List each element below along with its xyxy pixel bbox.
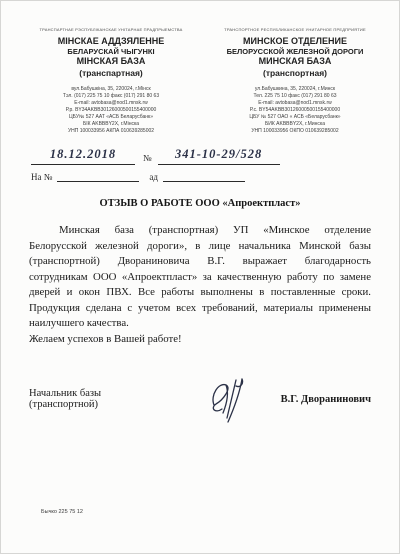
letterhead-right-details: ул.Бабушкина, 35, 220024, г.Минск Тел. 2…: [207, 86, 383, 135]
letterhead-right-tagline: ТРАНСПОРТНОЕ РЕСПУБЛИКАНСКОЕ УНИТАРНОЕ П…: [207, 27, 383, 32]
reference-line-date-number: 18.12.2018 № 341-10-29/528: [31, 145, 399, 165]
letterhead-left-org: МІНСКАЕ АДДЗЯЛЕННЕ БЕЛАРУСКАЙ ЧЫГУНКІ МІ…: [23, 36, 199, 79]
detail-line: E-mail: avtobasa@nod1.mnsk.rw: [207, 100, 383, 107]
detail-line: вул.Бабушкіна, 35, 220024, г.Мінск: [23, 86, 199, 93]
signatory-position: Начальник базы (транспортной): [29, 388, 145, 410]
reply-from-label: ад: [149, 172, 158, 182]
reference-line-reply: На № ад: [31, 171, 399, 182]
org-line: МІНСКАЯ БАЗА: [23, 56, 199, 67]
detail-line: ул.Бабушкина, 35, 220024, г.Минск: [207, 86, 383, 93]
number-field: 341-10-29/528: [158, 145, 280, 165]
document-page: ТРАНСПАРТНАЕ РЭСПУБЛІКАНСКАЕ УНІТАРНАЕ П…: [0, 0, 400, 554]
detail-line: Р.с. BY54AKBB30126000500155400000: [207, 107, 383, 114]
detail-line: Тел. 225 75 10 факс (017) 291 80 63: [207, 93, 383, 100]
org-line: МИНСКАЯ БАЗА: [207, 56, 383, 67]
letterhead: ТРАНСПАРТНАЕ РЭСПУБЛІКАНСКАЕ УНІТАРНАЕ П…: [1, 1, 399, 135]
reference-block: 18.12.2018 № 341-10-29/528 На № ад: [1, 135, 399, 182]
executor-phone: Бычко 225 75 12: [41, 509, 83, 515]
org-line: (транспартная): [23, 67, 199, 79]
org-line: МИНСКОЕ ОТДЕЛЕНИЕ: [207, 36, 383, 47]
letterhead-left-tagline: ТРАНСПАРТНАЕ РЭСПУБЛІКАНСКАЕ УНІТАРНАЕ П…: [23, 27, 199, 32]
detail-line: БІК AKBBBY2X, г.Мінска: [23, 121, 199, 128]
handwritten-number: 341-10-29/528: [175, 147, 262, 161]
signature-stroke: [207, 373, 253, 425]
detail-line: БИК AKBBBY2X, г.Минска: [207, 121, 383, 128]
reply-label: На №: [31, 172, 52, 182]
detail-line: E-mail: avtobasa@nod1.mnsk.rw: [23, 100, 199, 107]
document-title: ОТЗЫВ О РАБОТЕ ООО «Апроектпласт»: [1, 198, 399, 209]
number-sign: №: [143, 153, 152, 165]
detail-line: ЦБУ № 527 ОАО « АСБ «Беларусбанк»: [207, 114, 383, 121]
detail-line: УНП 100033956 АКПА 010639285002: [23, 128, 199, 135]
signature-block: Начальник базы (транспортной) В.Г. Двора…: [29, 373, 371, 425]
detail-line: Тэл. (017) 225 75 10 факс (017) 291 80 6…: [23, 93, 199, 100]
detail-line: УНП 100033956 ОКПО 010639285002: [207, 128, 383, 135]
signatory-name: В.Г. Дворанинович: [281, 394, 371, 405]
org-line: (транспортная): [207, 67, 383, 79]
body-closing: Желаем успехов в Вашей работе!: [29, 332, 371, 348]
org-line: БЕЛОРУССКОЙ ЖЕЛЕЗНОЙ ДОРОГИ: [207, 47, 383, 56]
letterhead-left-details: вул.Бабушкіна, 35, 220024, г.Мінск Тэл. …: [23, 86, 199, 135]
letterhead-right-org: МИНСКОЕ ОТДЕЛЕНИЕ БЕЛОРУССКОЙ ЖЕЛЕЗНОЙ Д…: [207, 36, 383, 79]
reply-date-blank: [163, 171, 245, 182]
letterhead-right: ТРАНСПОРТНОЕ РЕСПУБЛИКАНСКОЕ УНИТАРНОЕ П…: [207, 27, 383, 135]
handwritten-date: 18.12.2018: [50, 147, 116, 161]
body-paragraph: Минская база (транспортная) УП «Минское …: [29, 223, 371, 332]
org-line: МІНСКАЕ АДДЗЯЛЕННЕ: [23, 36, 199, 47]
detail-line: Р.р. BY34AKBB30126000500155400000: [23, 107, 199, 114]
date-field: 18.12.2018: [31, 145, 135, 165]
detail-line: ЦБУ№ 527 ААТ «АСБ Беларусбанк»: [23, 114, 199, 121]
org-line: БЕЛАРУСКАЙ ЧЫГУНКІ: [23, 47, 199, 56]
reply-number-blank: [57, 171, 139, 182]
letterhead-left: ТРАНСПАРТНАЕ РЭСПУБЛІКАНСКАЕ УНІТАРНАЕ П…: [23, 27, 199, 135]
